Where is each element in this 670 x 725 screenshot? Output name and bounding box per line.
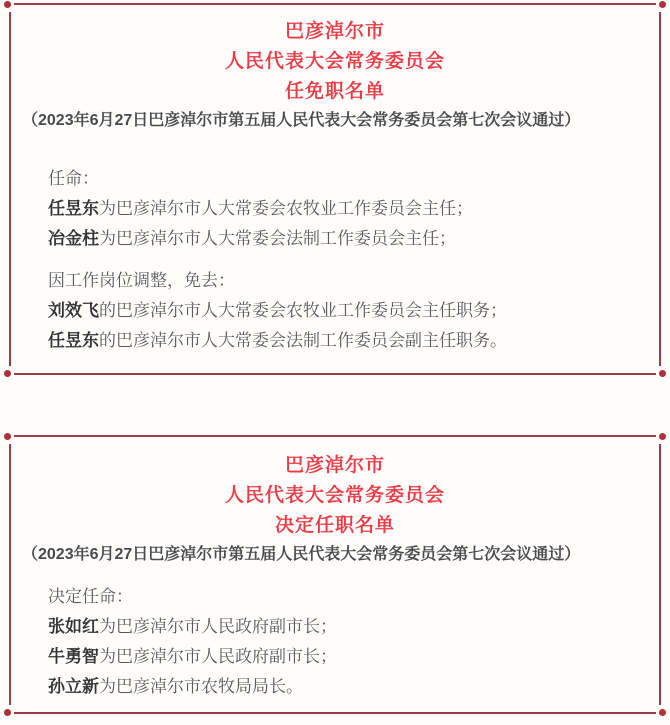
removal-text: 的巴彦淖尔市人大常委会法制工作委员会副主任职务。 [99,331,507,350]
appointment-text: 为巴彦淖尔市人大常委会法制工作委员会主任； [99,229,456,248]
announcement-page: 巴彦淖尔市 人民代表大会常务委员会 任免职名单 （2023年6月27日巴彦淖尔市… [0,0,670,725]
notice-title-list-type: 决定任职名单 [0,511,670,541]
removal-line: 刘效飞的巴彦淖尔市人大常委会农牧业工作委员会主任职务； [48,296,640,326]
person-name: 任昱东 [48,199,99,218]
removal-line: 任昱东的巴彦淖尔市人大常委会法制工作委员会副主任职务。 [48,326,640,356]
notice-body: 任命： 任昱东为巴彦淖尔市人大常委会农牧业工作委员会主任； 冶金柱为巴彦淖尔市人… [0,164,670,356]
person-name: 孙立新 [48,677,99,696]
notice-title-committee: 人民代表大会常务委员会 [0,481,670,511]
notice-title: 巴彦淖尔市 人民代表大会常务委员会 任免职名单 [0,0,670,107]
person-name: 冶金柱 [48,229,99,248]
meeting-date-line: （2023年6月27日巴彦淖尔市第五届人民代表大会常务委员会第七次会议通过） [0,541,670,569]
notice-content: 巴彦淖尔市 人民代表大会常务委员会 任免职名单 （2023年6月27日巴彦淖尔市… [0,0,670,378]
section-label-appoint: 任命： [48,164,640,194]
appointment-line: 任昱东为巴彦淖尔市人大常委会农牧业工作委员会主任； [48,194,640,224]
person-name: 任昱东 [48,331,99,350]
notice-title-city: 巴彦淖尔市 [0,17,670,47]
section-label-decide-appoint: 决定任命： [48,582,640,612]
removal-text: 的巴彦淖尔市人大常委会农牧业工作委员会主任职务； [99,301,507,320]
appointment-text: 为巴彦淖尔市人民政府副市长； [99,617,337,636]
section-label-remove: 因工作岗位调整，免去： [48,266,640,296]
notice-title-list-type: 任免职名单 [0,77,670,107]
appointment-line: 冶金柱为巴彦淖尔市人大常委会法制工作委员会主任； [48,224,640,254]
appointment-line: 张如红为巴彦淖尔市人民政府副市长； [48,612,640,642]
notice-body: 决定任命： 张如红为巴彦淖尔市人民政府副市长； 牛勇智为巴彦淖尔市人民政府副市长… [0,582,670,702]
notice-content: 巴彦淖尔市 人民代表大会常务委员会 决定任职名单 （2023年6月27日巴彦淖尔… [0,432,670,717]
appointment-text: 决定任命： [48,587,133,606]
appointment-text: 为巴彦淖尔市农牧局局长。 [99,677,303,696]
person-name: 刘效飞 [48,301,99,320]
notice-card-decided-appointment: 巴彦淖尔市 人民代表大会常务委员会 决定任职名单 （2023年6月27日巴彦淖尔… [0,432,670,717]
person-name: 牛勇智 [48,647,99,666]
notice-card-appointment-removal: 巴彦淖尔市 人民代表大会常务委员会 任免职名单 （2023年6月27日巴彦淖尔市… [0,0,670,378]
removal-text: 因工作岗位调整，免去： [48,271,235,290]
person-name: 张如红 [48,617,99,636]
appointment-text: 为巴彦淖尔市人民政府副市长； [99,647,337,666]
notice-title: 巴彦淖尔市 人民代表大会常务委员会 决定任职名单 [0,432,670,541]
appointment-text: 任命： [48,169,99,188]
appointment-line: 牛勇智为巴彦淖尔市人民政府副市长； [48,642,640,672]
appointment-text: 为巴彦淖尔市人大常委会农牧业工作委员会主任； [99,199,473,218]
notice-title-city: 巴彦淖尔市 [0,451,670,481]
notice-title-committee: 人民代表大会常务委员会 [0,47,670,77]
appointment-line: 孙立新为巴彦淖尔市农牧局局长。 [48,672,640,702]
meeting-date-line: （2023年6月27日巴彦淖尔市第五届人民代表大会常务委员会第七次会议通过） [0,107,670,135]
